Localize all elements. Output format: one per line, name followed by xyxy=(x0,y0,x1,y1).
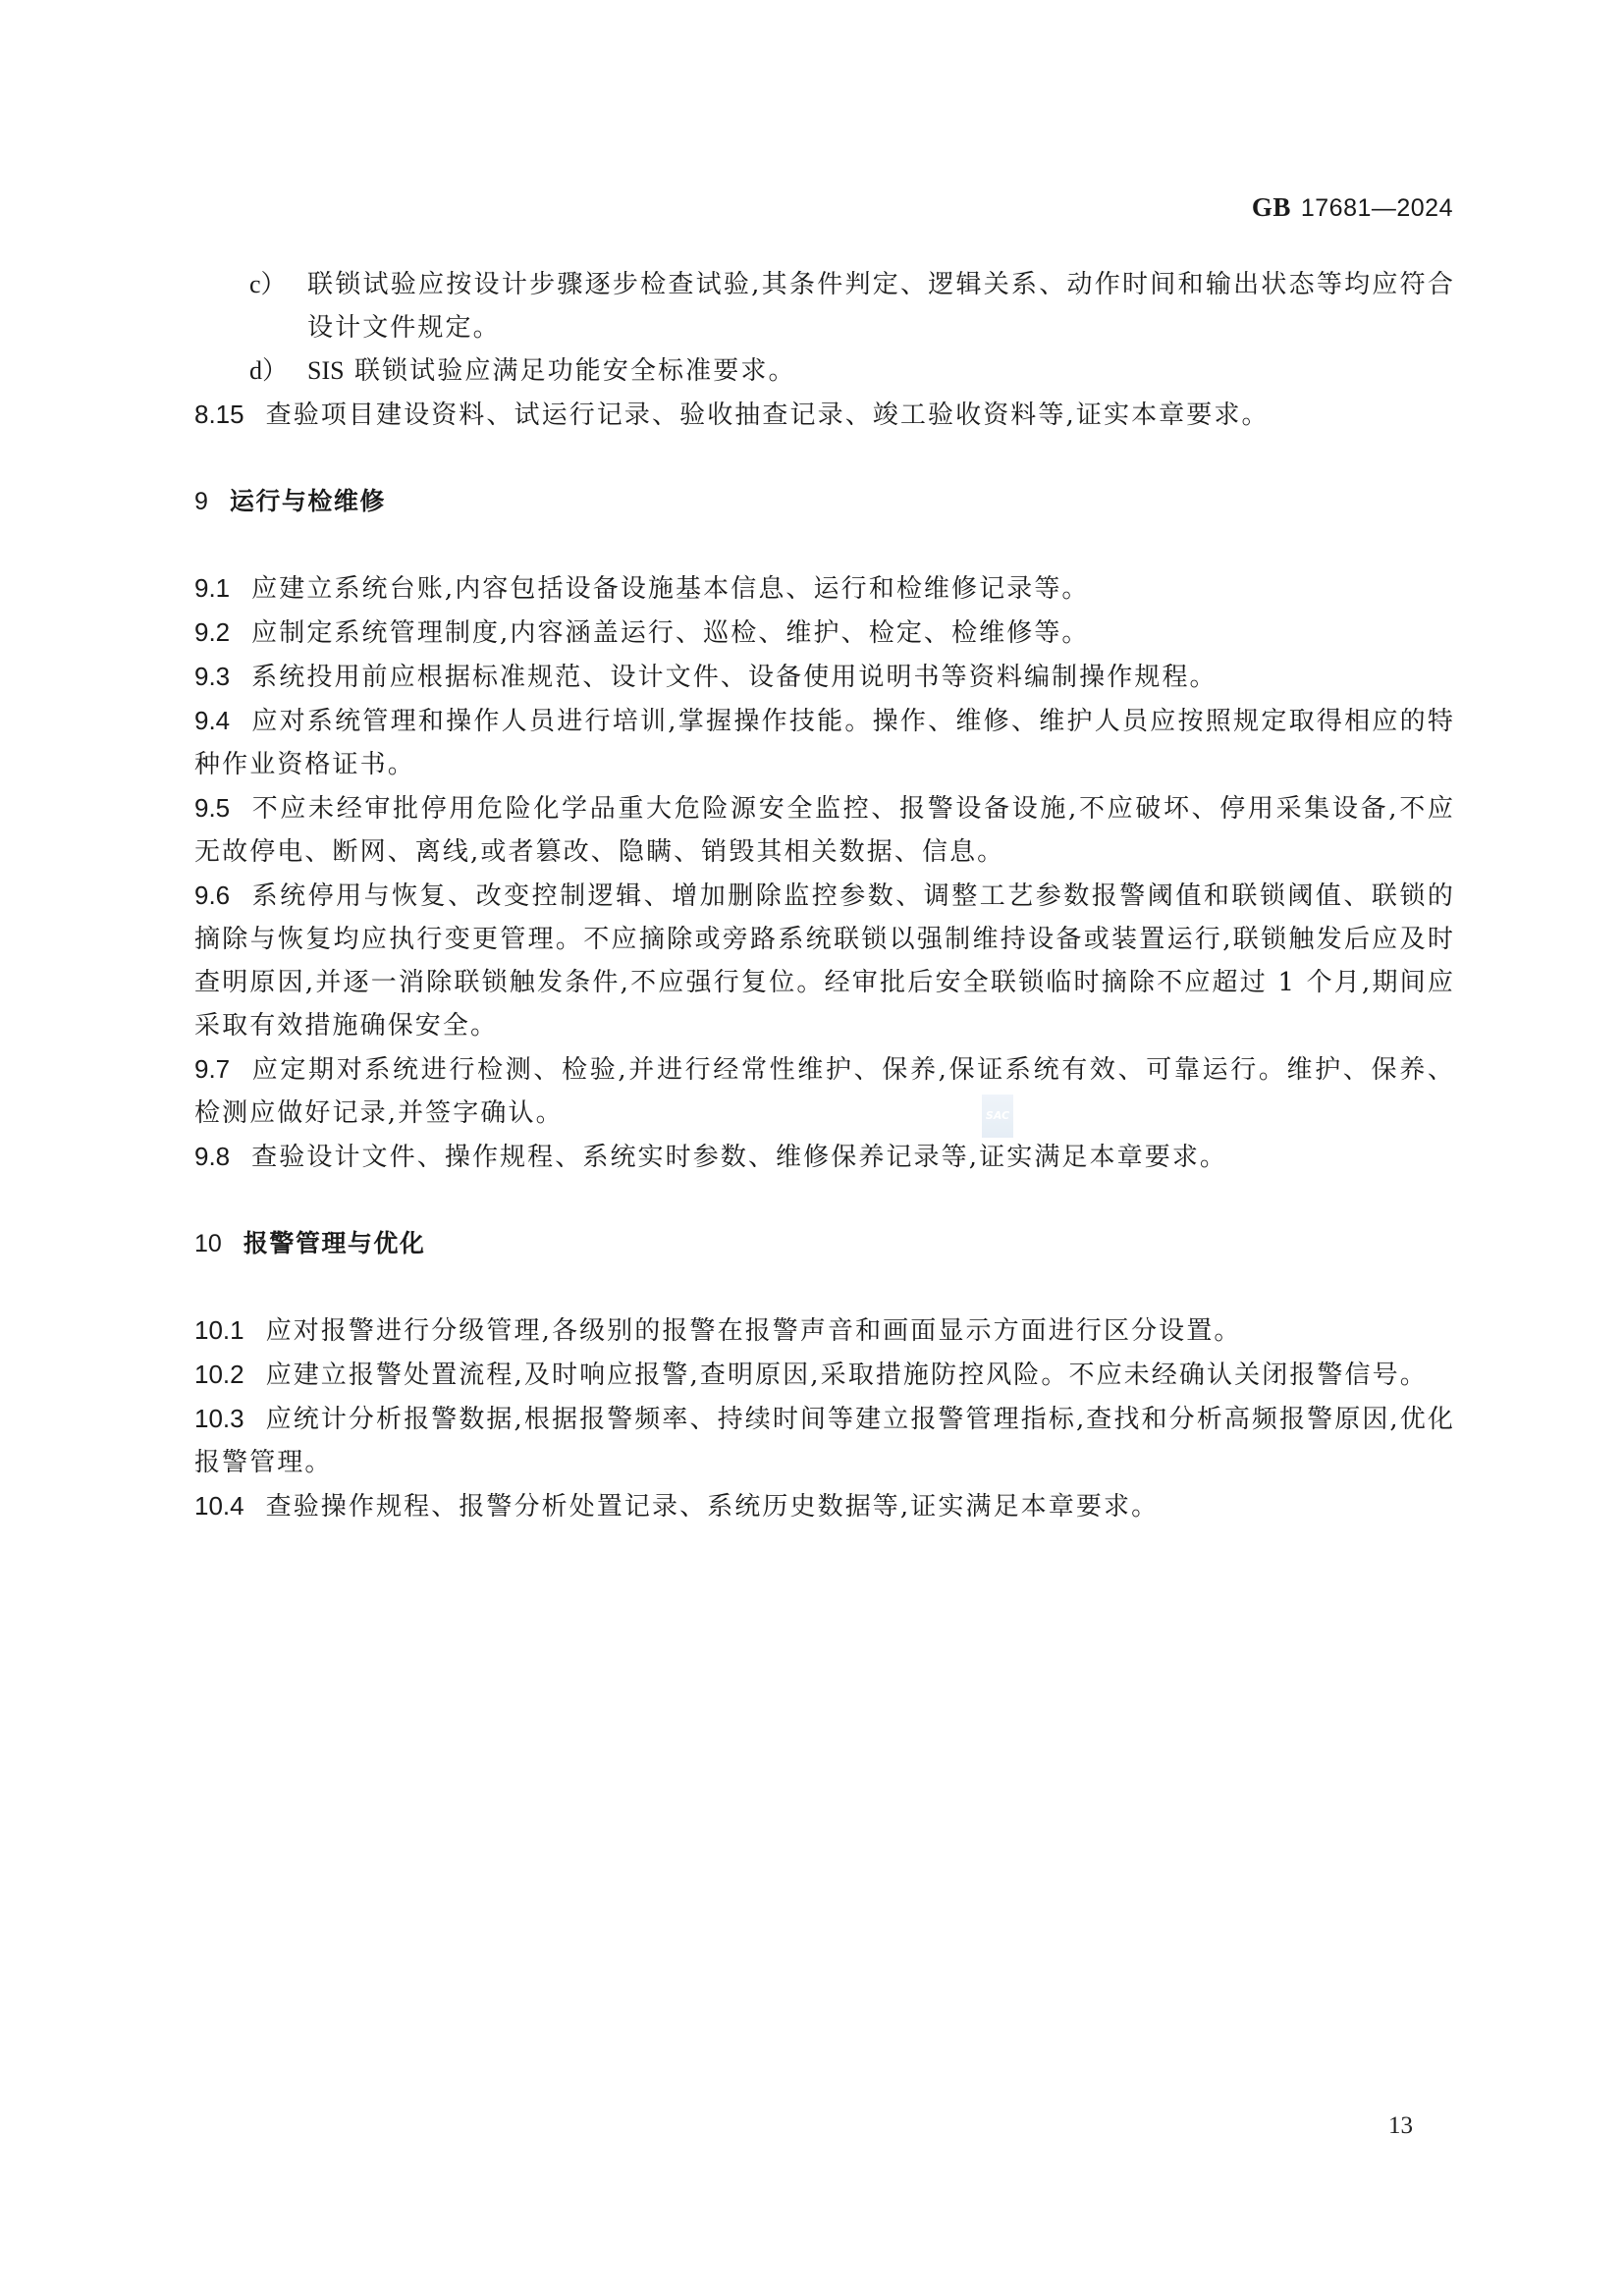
list-label: d） xyxy=(249,349,288,393)
list-text: 联锁试验应满足功能安全标准要求。 xyxy=(345,356,796,386)
clause-number: 10.2 xyxy=(194,1353,244,1396)
clause-text: 不应未经审批停用危险化学品重大危险源安全监控、报警设备设施,不应破坏、停用采集设… xyxy=(194,794,1455,867)
clause-number: 10.3 xyxy=(194,1397,244,1440)
clause-10-1: 10.1应对报警进行分级管理,各级别的报警在报警声音和画面显示方面进行区分设置。 xyxy=(194,1308,1455,1353)
section-heading-10: 10报警管理与优化 xyxy=(194,1222,1455,1265)
list-item-d: d） SIS 联锁试验应满足功能安全标准要求。 xyxy=(194,349,1455,393)
clause-text: 查验设计文件、操作规程、系统实时参数、维修保养记录等,证实满足本章要求。 xyxy=(251,1143,1227,1172)
clause-9-1: 9.1应建立系统台账,内容包括设备设施基本信息、运行和检维修记录等。 xyxy=(194,566,1455,611)
clause-number: 10.4 xyxy=(194,1484,244,1527)
clause-text: 查验项目建设资料、试运行记录、验收抽查记录、竣工验收资料等,证实本章要求。 xyxy=(266,400,1270,430)
clause-text: 应定期对系统进行检测、检验,并进行经常性维护、保养,保证系统有效、可靠运行。维护… xyxy=(194,1055,1455,1128)
page-number: 13 xyxy=(1388,2112,1413,2140)
clause-text: 应建立报警处置流程,及时响应报警,查明原因,采取措施防控风险。不应未经确认关闭报… xyxy=(266,1361,1428,1390)
clause-10-4: 10.4查验操作规程、报警分析处置记录、系统历史数据等,证实满足本章要求。 xyxy=(194,1484,1455,1528)
clause-9-6: 9.6系统停用与恢复、改变控制逻辑、增加删除监控参数、调整工艺参数报警阈值和联锁… xyxy=(194,874,1455,1047)
clause-text: 查验操作规程、报警分析处置记录、系统历史数据等,证实满足本章要求。 xyxy=(266,1492,1160,1522)
clause-text: 应对系统管理和操作人员进行培训,掌握操作技能。操作、维修、维护人员应按照规定取得… xyxy=(194,707,1455,779)
clause-8-15: 8.15查验项目建设资料、试运行记录、验收抽查记录、竣工验收资料等,证实本章要求… xyxy=(194,393,1455,437)
standard-number: 17681—2024 xyxy=(1301,194,1453,222)
clause-9-3: 9.3系统投用前应根据标准规范、设计文件、设备使用说明书等资料编制操作规程。 xyxy=(194,655,1455,699)
clause-9-8: 9.8查验设计文件、操作规程、系统实时参数、维修保养记录等,证实满足本章要求。 xyxy=(194,1135,1455,1179)
section-title: 报警管理与优化 xyxy=(244,1229,426,1257)
standard-header: GB17681—2024 xyxy=(1252,192,1453,223)
clause-text: 应制定系统管理制度,内容涵盖运行、巡检、维护、检定、检维修等。 xyxy=(251,618,1089,648)
section-title: 运行与检维修 xyxy=(230,487,386,515)
clause-number: 8.15 xyxy=(194,393,244,436)
clause-number: 9.7 xyxy=(194,1047,230,1091)
clause-number: 9.6 xyxy=(194,874,230,917)
clause-text: 系统投用前应根据标准规范、设计文件、设备使用说明书等资料编制操作规程。 xyxy=(251,663,1218,692)
section-number: 9 xyxy=(194,480,208,523)
clause-number: 9.5 xyxy=(194,786,230,829)
clause-9-2: 9.2应制定系统管理制度,内容涵盖运行、巡检、维护、检定、检维修等。 xyxy=(194,611,1455,655)
clause-text: 应建立系统台账,内容包括设备设施基本信息、运行和检维修记录等。 xyxy=(251,574,1089,604)
clause-number: 9.1 xyxy=(194,566,230,610)
list-text: 联锁试验应按设计步骤逐步检查试验,其条件判定、逻辑关系、动作时间和输出状态等均应… xyxy=(307,270,1455,343)
clause-number: 9.4 xyxy=(194,699,230,742)
clause-number: 9.2 xyxy=(194,611,230,654)
document-page: GB17681—2024 c） 联锁试验应按设计步骤逐步检查试验,其条件判定、逻… xyxy=(0,0,1624,2296)
list-text-prefix: SIS xyxy=(307,356,345,385)
clause-10-2: 10.2应建立报警处置流程,及时响应报警,查明原因,采取措施防控风险。不应未经确… xyxy=(194,1353,1455,1397)
clause-number: 9.3 xyxy=(194,655,230,698)
clause-9-5: 9.5不应未经审批停用危险化学品重大危险源安全监控、报警设备设施,不应破坏、停用… xyxy=(194,786,1455,874)
standard-prefix: GB xyxy=(1252,192,1291,222)
clause-text: 应统计分析报警数据,根据报警频率、持续时间等建立报警管理指标,查找和分析高频报警… xyxy=(194,1405,1455,1477)
section-heading-9: 9运行与检维修 xyxy=(194,480,1455,523)
clause-text: 系统停用与恢复、改变控制逻辑、增加删除监控参数、调整工艺参数报警阈值和联锁阈值、… xyxy=(194,881,1455,1041)
list-label: c） xyxy=(249,263,287,306)
clause-number: 9.8 xyxy=(194,1135,230,1178)
clause-9-4: 9.4应对系统管理和操作人员进行培训,掌握操作技能。操作、维修、维护人员应按照规… xyxy=(194,699,1455,786)
section-number: 10 xyxy=(194,1222,222,1265)
clause-text: 应对报警进行分级管理,各级别的报警在报警声音和画面显示方面进行区分设置。 xyxy=(266,1316,1242,1346)
sac-watermark-icon: SAC xyxy=(982,1095,1013,1138)
clause-10-3: 10.3应统计分析报警数据,根据报警频率、持续时间等建立报警管理指标,查找和分析… xyxy=(194,1397,1455,1484)
clause-number: 10.1 xyxy=(194,1308,244,1352)
clause-9-7: 9.7应定期对系统进行检测、检验,并进行经常性维护、保养,保证系统有效、可靠运行… xyxy=(194,1047,1455,1135)
document-body: c） 联锁试验应按设计步骤逐步检查试验,其条件判定、逻辑关系、动作时间和输出状态… xyxy=(194,263,1455,1528)
list-item-c: c） 联锁试验应按设计步骤逐步检查试验,其条件判定、逻辑关系、动作时间和输出状态… xyxy=(194,263,1455,349)
